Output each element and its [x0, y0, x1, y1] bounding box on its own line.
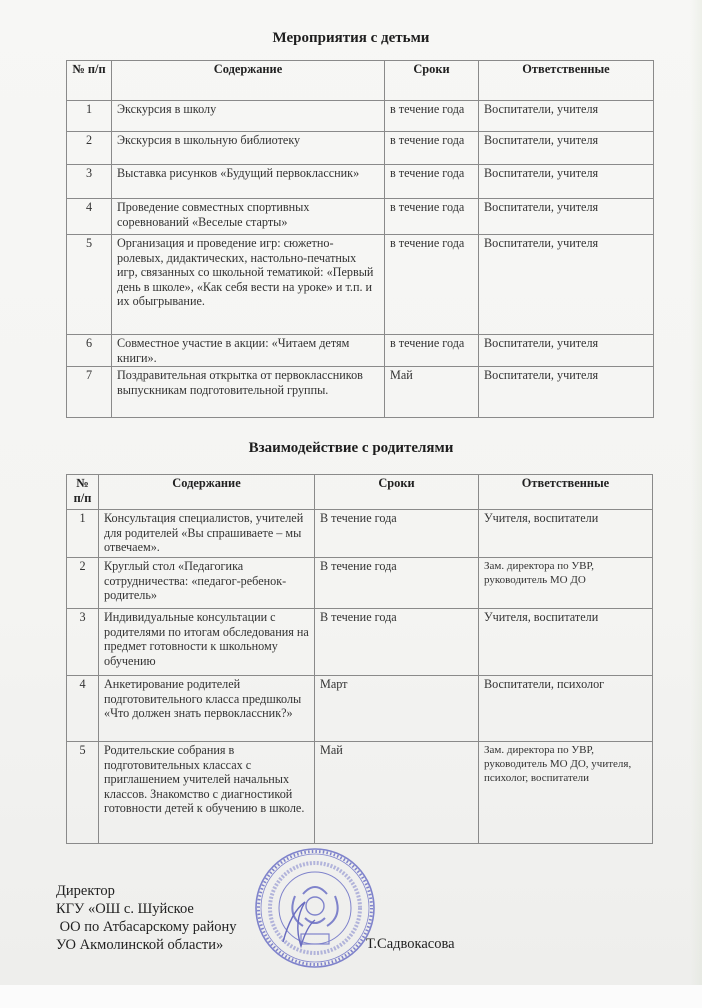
row-content: Организация и проведение игр: сюжетно-ро… — [112, 235, 385, 335]
section2-title: Взаимодействие с родителями — [0, 440, 702, 457]
page-edge-shadow — [690, 0, 702, 985]
row-term: В течение года — [315, 609, 479, 676]
row-term: в течение года — [385, 235, 479, 335]
row-content: Индивидуальные консультации с родителями… — [99, 609, 315, 676]
table-row: 3Выставка рисунков «Будущий первоклассни… — [67, 165, 654, 199]
header-num: № п/п — [67, 475, 99, 510]
table-header-row: № п/п Содержание Сроки Ответственные — [67, 61, 654, 101]
row-number: 6 — [67, 335, 112, 367]
table-row: 4Анкетирование родителей подготовительно… — [67, 676, 653, 742]
row-content: Консультация специалистов, учителей для … — [99, 510, 315, 558]
row-number: 4 — [67, 199, 112, 235]
row-number: 4 — [67, 676, 99, 742]
row-content: Родительские собрания в подготовительных… — [99, 742, 315, 844]
row-number: 3 — [67, 609, 99, 676]
row-content: Экскурсия в школу — [112, 101, 385, 132]
row-responsible: Учителя, воспитатели — [479, 510, 653, 558]
row-responsible: Воспитатели, учителя — [479, 367, 654, 418]
section1-title: Мероприятия с детьми — [0, 30, 702, 47]
row-content: Поздравительная открытка от первоклассни… — [112, 367, 385, 418]
signature-line: ОО по Атбасарскому району — [56, 918, 237, 936]
table-header-row: № п/п Содержание Сроки Ответственные — [67, 475, 653, 510]
row-number: 5 — [67, 235, 112, 335]
table-row: 5Родительские собрания в подготовительны… — [67, 742, 653, 844]
row-content: Проведение совместных спортивных соревно… — [112, 199, 385, 235]
table-row: 2Круглый стол «Педагогика сотрудничества… — [67, 558, 653, 609]
header-responsible: Ответственные — [479, 475, 653, 510]
background-strip — [0, 985, 702, 1008]
row-responsible: Зам. директора по УВР, руководитель МО Д… — [479, 742, 653, 844]
header-num: № п/п — [67, 61, 112, 101]
row-number: 2 — [67, 132, 112, 165]
row-content: Круглый стол «Педагогика сотрудничества:… — [99, 558, 315, 609]
row-term: в течение года — [385, 199, 479, 235]
row-responsible: Воспитатели, учителя — [479, 132, 654, 165]
row-term: Март — [315, 676, 479, 742]
row-responsible: Воспитатели, учителя — [479, 335, 654, 367]
row-content: Выставка рисунков «Будущий первоклассник… — [112, 165, 385, 199]
row-term: В течение года — [315, 558, 479, 609]
row-responsible: Воспитатели, учителя — [479, 199, 654, 235]
row-content: Совместное участие в акции: «Читаем детя… — [112, 335, 385, 367]
header-responsible: Ответственные — [479, 61, 654, 101]
header-term: Сроки — [315, 475, 479, 510]
children-events-table: № п/п Содержание Сроки Ответственные 1Эк… — [66, 60, 654, 418]
official-stamp-icon — [253, 846, 377, 970]
table-row: 7Поздравительная открытка от первоклассн… — [67, 367, 654, 418]
row-responsible: Воспитатели, учителя — [479, 165, 654, 199]
row-number: 2 — [67, 558, 99, 609]
row-term: в течение года — [385, 101, 479, 132]
row-responsible: Воспитатели, учителя — [479, 101, 654, 132]
parents-interaction-table: № п/п Содержание Сроки Ответственные 1Ко… — [66, 474, 653, 844]
row-responsible: Учителя, воспитатели — [479, 609, 653, 676]
row-content: Экскурсия в школьную библиотеку — [112, 132, 385, 165]
row-number: 7 — [67, 367, 112, 418]
row-number: 1 — [67, 510, 99, 558]
row-term: Май — [385, 367, 479, 418]
signature-line: Директор — [56, 882, 237, 900]
table-row: 4Проведение совместных спортивных соревн… — [67, 199, 654, 235]
row-number: 1 — [67, 101, 112, 132]
header-term: Сроки — [385, 61, 479, 101]
table-row: 2Экскурсия в школьную библиотекув течени… — [67, 132, 654, 165]
signature-line: УО Акмолинской области» — [56, 936, 237, 954]
signature-line: КГУ «ОШ с. Шуйское — [56, 900, 237, 918]
table-row: 6Совместное участие в акции: «Читаем дет… — [67, 335, 654, 367]
row-number: 3 — [67, 165, 112, 199]
row-term: в течение года — [385, 165, 479, 199]
table-row: 3Индивидуальные консультации с родителям… — [67, 609, 653, 676]
row-term: в течение года — [385, 132, 479, 165]
row-responsible: Воспитатели, психолог — [479, 676, 653, 742]
signature-block: Директор КГУ «ОШ с. Шуйское ОО по Атбаса… — [56, 882, 237, 954]
row-number: 5 — [67, 742, 99, 844]
table-row: 1Консультация специалистов, учителей для… — [67, 510, 653, 558]
row-term: в течение года — [385, 335, 479, 367]
row-term: В течение года — [315, 510, 479, 558]
table-row: 5Организация и проведение игр: сюжетно-р… — [67, 235, 654, 335]
row-responsible: Зам. директора по УВР, руководитель МО Д… — [479, 558, 653, 609]
row-content: Анкетирование родителей подготовительног… — [99, 676, 315, 742]
signatory-name: Т.Садвокасова — [366, 936, 455, 953]
header-content: Содержание — [112, 61, 385, 101]
table-row: 1Экскурсия в школув течение годаВоспитат… — [67, 101, 654, 132]
header-content: Содержание — [99, 475, 315, 510]
row-responsible: Воспитатели, учителя — [479, 235, 654, 335]
row-term: Май — [315, 742, 479, 844]
